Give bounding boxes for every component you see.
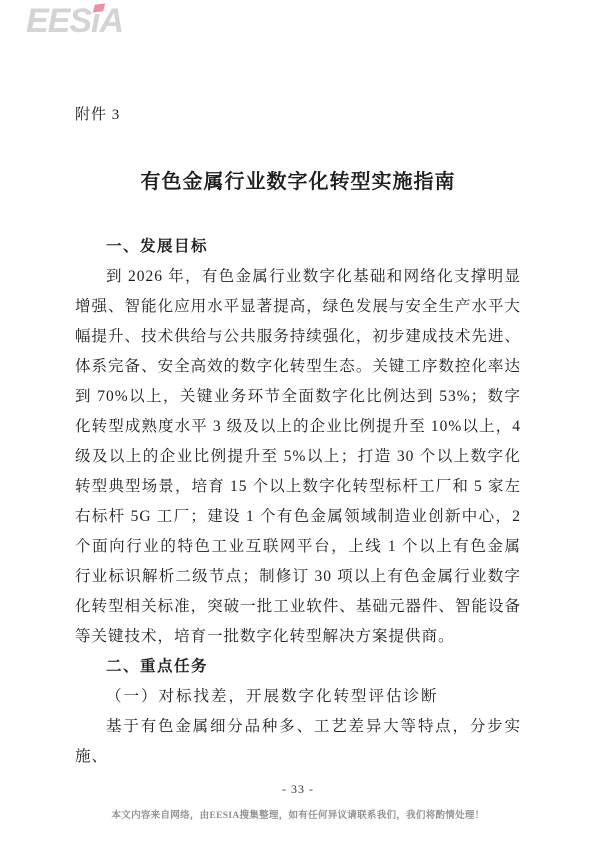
document-title: 有色金属行业数字化转型实施指南 [75,168,521,196]
footer-disclaimer: 本文内容来自网络，由EESIA搜集整理，如有任何异议请联系我们，我们将酌情处理！ [0,807,596,821]
section-2-heading: 二、重点任务 [75,652,521,682]
section-2-paragraph: 基于有色金属细分品种多、工艺差异大等特点，分步实施、 [75,712,521,772]
text-block: 一、发展目标 到 2026 年，有色金属行业数字化基础和网络化支撑明显增强、智能… [75,232,521,772]
section-2-subheading: （一）对标找差，开展数字化转型评估诊断 [75,682,521,712]
document-page: EESıA 附件 3 有色金属行业数字化转型实施指南 一、发展目标 到 2026… [0,0,596,842]
attachment-label: 附件 3 [75,106,521,125]
section-1-heading: 一、发展目标 [75,232,521,262]
page-number: - 33 - [0,782,596,797]
section-1-paragraph: 到 2026 年，有色金属行业数字化基础和网络化支撑明显增强、智能化应用水平显著… [75,262,521,652]
document-body: 附件 3 有色金属行业数字化转型实施指南 一、发展目标 到 2026 年，有色金… [75,0,521,772]
